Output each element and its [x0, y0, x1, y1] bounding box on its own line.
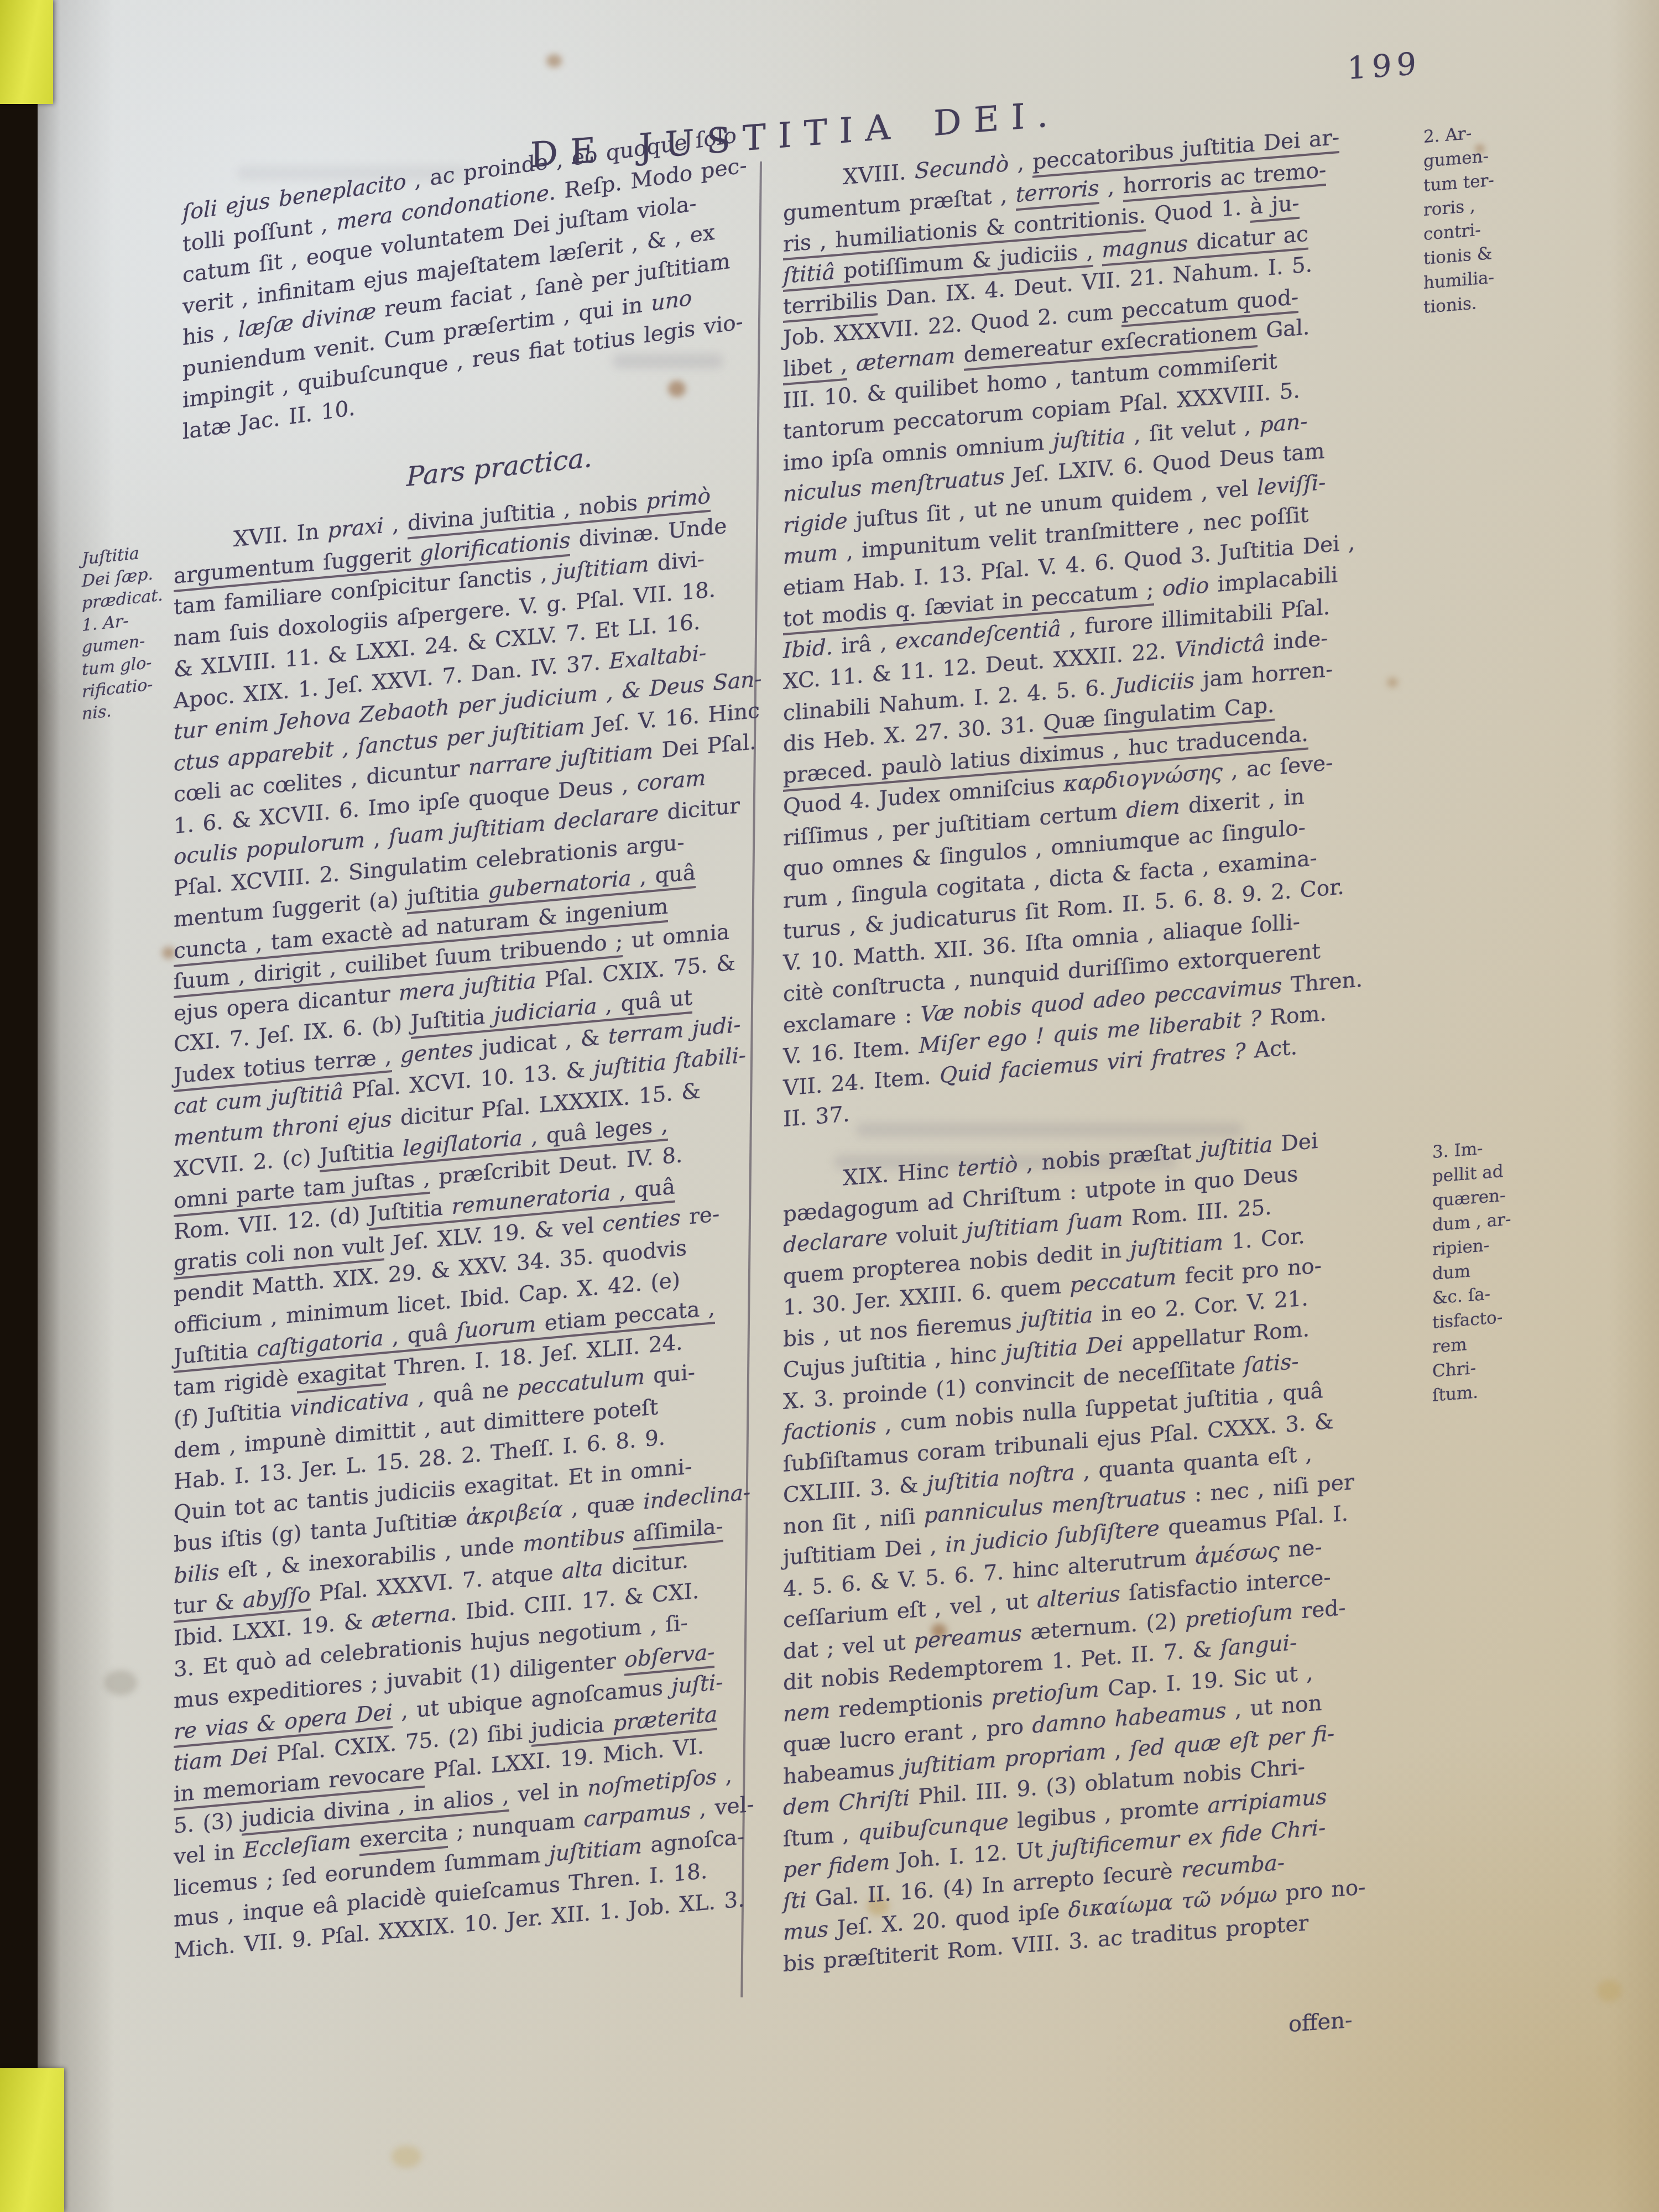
- page-number: 199: [1347, 46, 1421, 87]
- right-margin-note-impellit: 3. Im-pellit adquæren-dum , ar-ripien-du…: [1432, 1134, 1511, 1408]
- book-page: DE JUSTITIA DEI. 199 ſoli ejus beneplaci…: [38, 0, 1659, 2212]
- catchword: offen-: [1288, 2007, 1352, 2037]
- foxing-spot: [104, 1670, 137, 1695]
- book-photo: { "page": { "header_title": "DE JUSTITIA…: [0, 0, 1659, 2212]
- index-tab-top: [0, 0, 53, 104]
- foxing-spot: [546, 54, 562, 67]
- foxing-spot: [1597, 1980, 1621, 2002]
- text-line: tionis.: [1423, 290, 1494, 320]
- right-column-section-19: XIX. Hinc tertiò , nobis præſtat juſtiti…: [783, 1122, 1365, 1980]
- foxing-spot: [668, 380, 686, 397]
- left-column-body: XVII. In praxi , divina juſtitia , nobis…: [174, 476, 762, 1967]
- left-margin-note: JuſtitiaDei ſæp.prædicat.1. Ar-gumen-tum…: [82, 540, 163, 726]
- section-heading: Pars practica.: [369, 439, 629, 497]
- right-column-section-18: XVIII. Secundò , peccatoribus juſtitia D…: [783, 121, 1363, 1136]
- foxing-spot: [392, 2146, 421, 2168]
- foxing-spot: [1387, 677, 1398, 687]
- index-tab-bottom: [0, 2068, 64, 2212]
- right-margin-note-terror: 2. Ar-gumen-tum ter-roris ,contri-tionis…: [1423, 119, 1494, 320]
